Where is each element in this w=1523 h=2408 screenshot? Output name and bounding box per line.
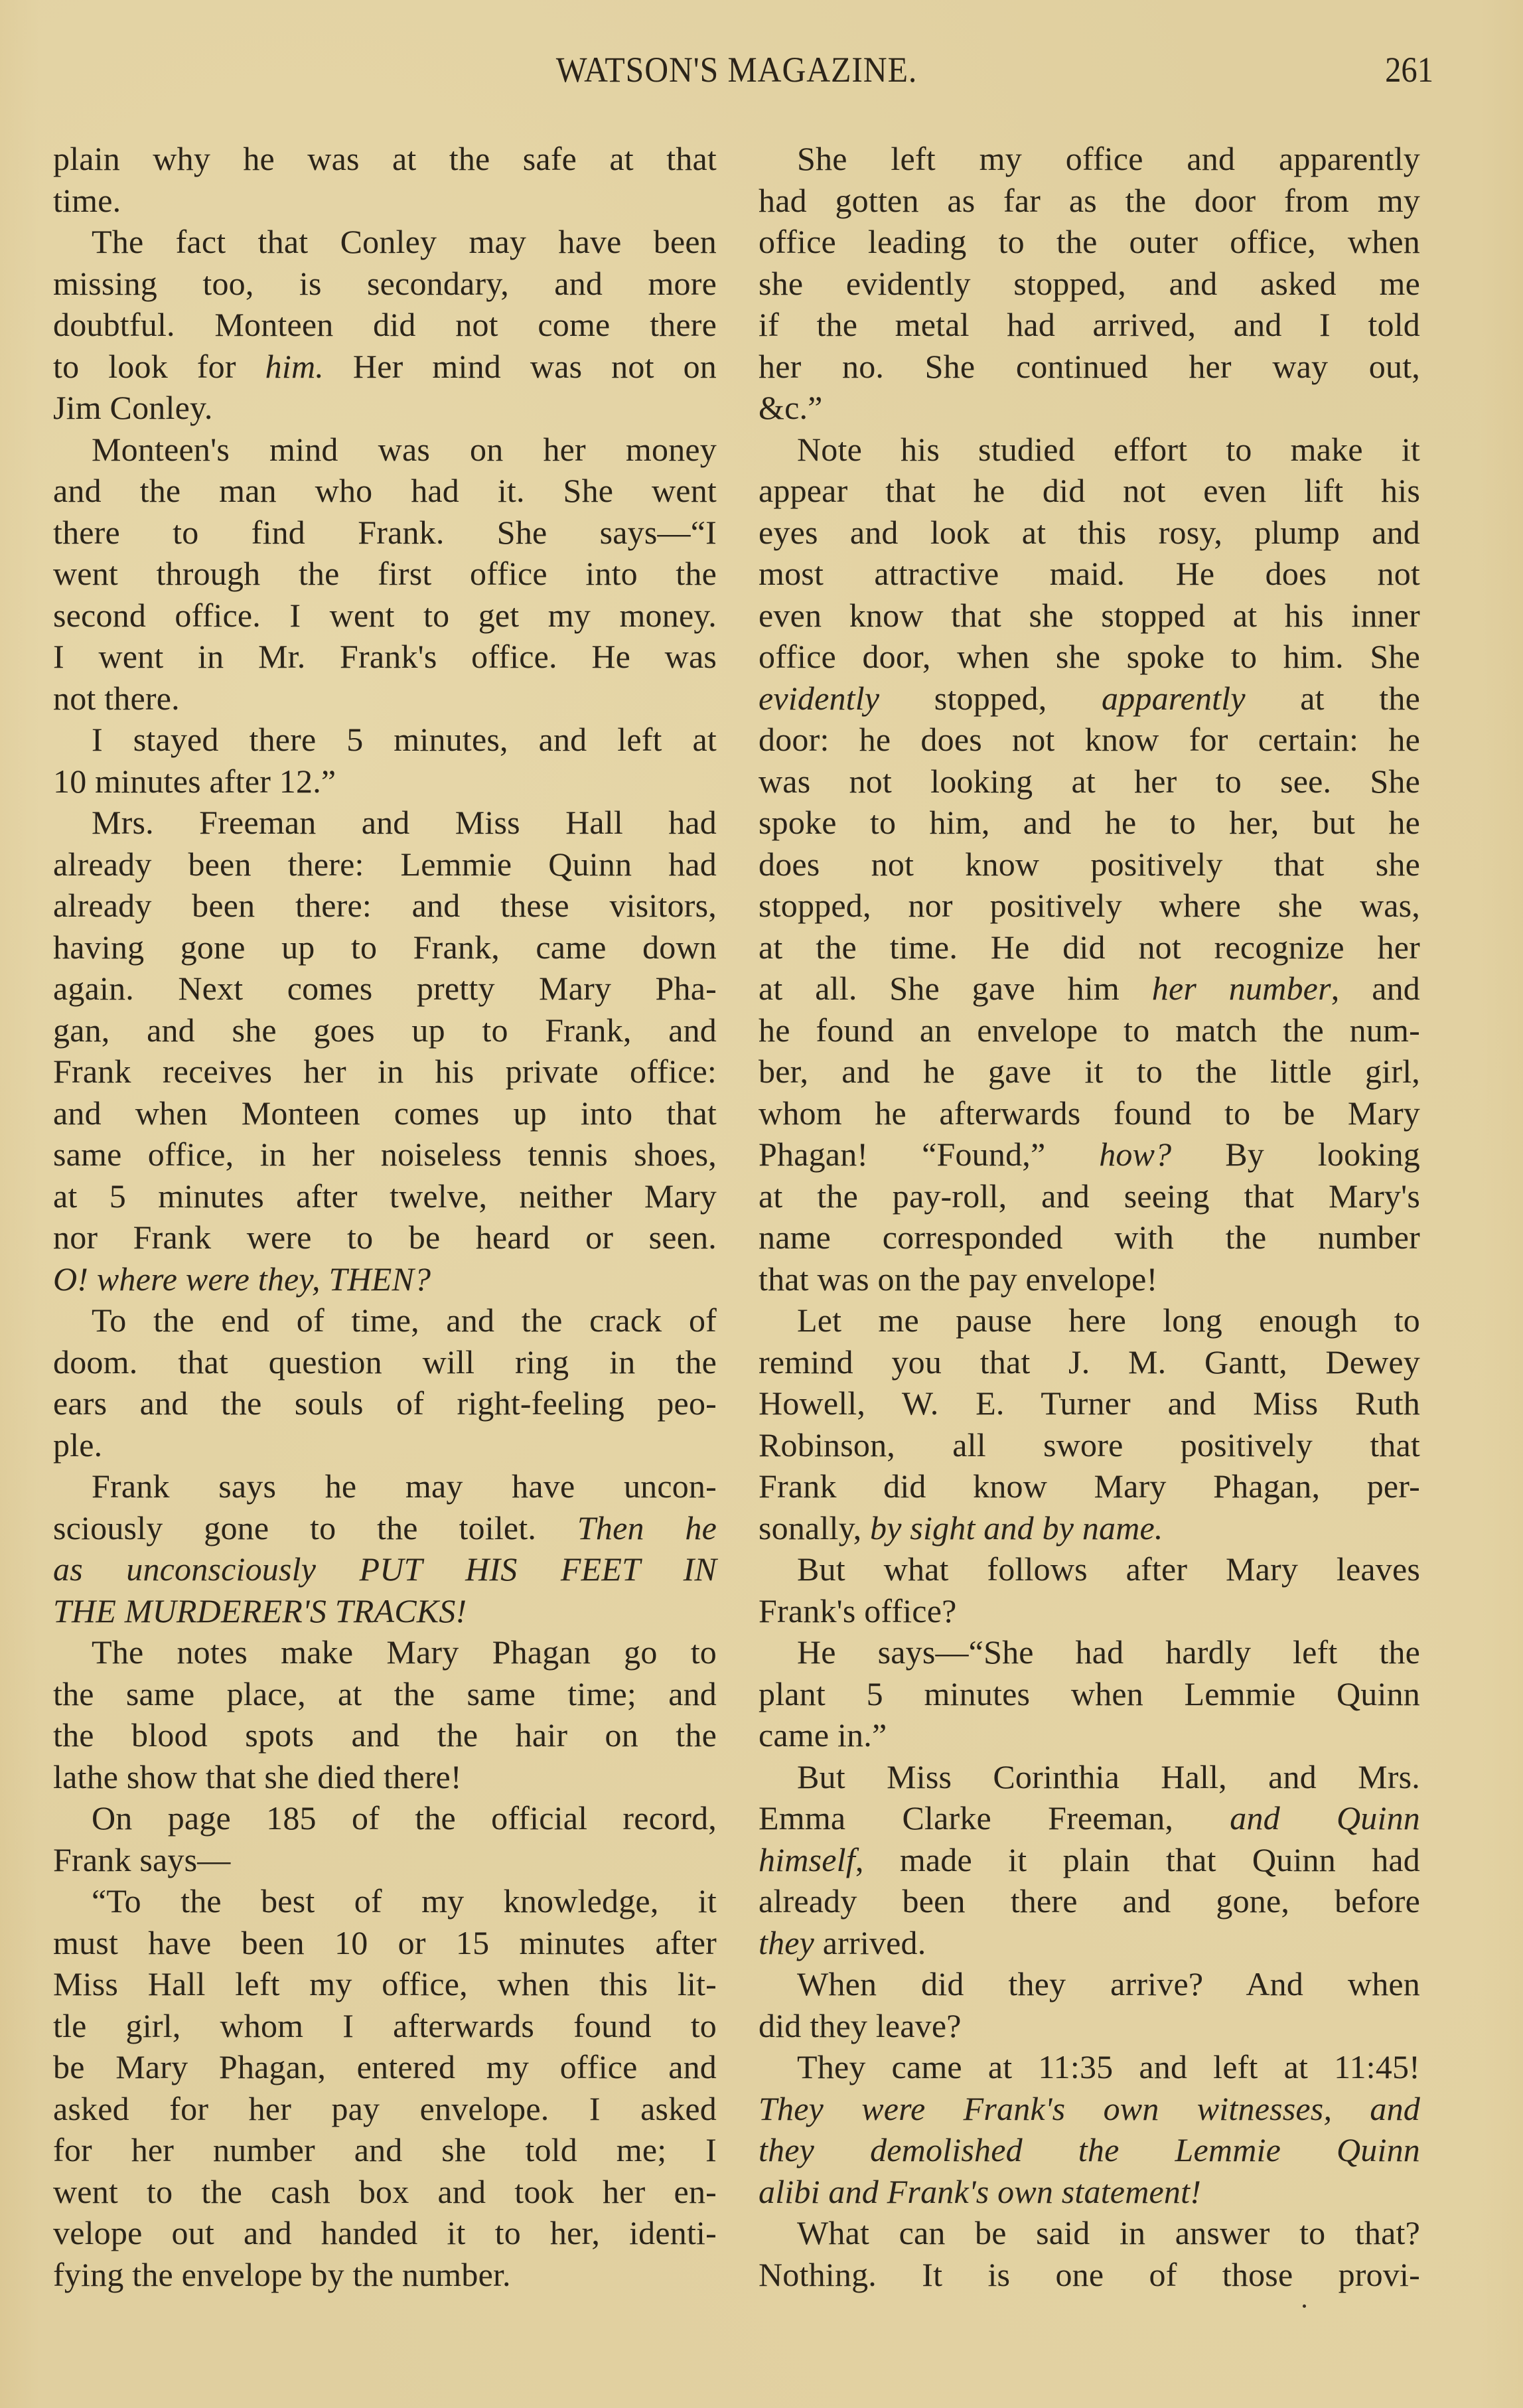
text-line: same office, in her noiseless tennis sho… <box>53 1134 717 1175</box>
italic-text: and Quinn <box>1230 1799 1420 1837</box>
text-line: 10 minutes after 12.” <box>53 761 717 802</box>
text-segment: stopped, <box>879 680 1102 717</box>
text-line: remind you that J. M. Gantt, Dewey <box>759 1341 1420 1383</box>
text-line: even know that she stopped at his inner <box>759 595 1420 637</box>
text-line: they demolished the Lemmie Quinn <box>759 2129 1420 2171</box>
text-line: he found an envelope to match the num- <box>759 1010 1420 1051</box>
text-line: at the time. He did not recognize her <box>759 927 1420 968</box>
italic-text: They were Frank's own witnesses, and <box>759 2090 1420 2127</box>
text-line: When did they arrive? And when <box>759 1963 1420 2005</box>
text-line: was not looking at her to see. She <box>759 761 1420 802</box>
print-speck <box>1303 2304 1306 2308</box>
text-line: They were Frank's own witnesses, and <box>759 2088 1420 2130</box>
text-line: The fact that Conley may have been <box>53 221 717 263</box>
text-line: stopped, nor positively where she was, <box>759 885 1420 927</box>
text-line: lathe show that she died there! <box>53 1756 717 1798</box>
text-line: second office. I went to get my money. <box>53 595 717 637</box>
text-line: had gotten as far as the door from my <box>759 180 1420 222</box>
text-line: doubtful. Monteen did not come there <box>53 304 717 346</box>
text-line: name corresponded with the number <box>759 1217 1420 1258</box>
text-line: ears and the souls of right-feeling peo- <box>53 1383 717 1424</box>
text-line: having gone up to Frank, came down <box>53 927 717 968</box>
italic-text: how? <box>1099 1136 1171 1173</box>
text-line: already been there: and these visitors, <box>53 885 717 927</box>
text-line: fying the envelope by the number. <box>53 2254 717 2296</box>
text-line: Frank says he may have uncon- <box>53 1466 717 1507</box>
text-line: Frank receives her in his private office… <box>53 1051 717 1092</box>
text-line: the blood spots and the hair on the <box>53 1714 717 1756</box>
text-line: Howell, W. E. Turner and Miss Ruth <box>759 1383 1420 1424</box>
text-segment: sciously gone to the toilet. <box>53 1509 577 1546</box>
text-line: that was on the pay envelope! <box>759 1258 1420 1300</box>
text-line: Let me pause here long enough to <box>759 1300 1420 1341</box>
text-line: They came at 11:35 and left at 11:45! <box>759 2046 1420 2088</box>
text-line: To the end of time, and the crack of <box>53 1300 717 1341</box>
text-line: tle girl, whom I afterwards found to <box>53 2005 717 2047</box>
text-line: velope out and handed it to her, identi- <box>53 2212 717 2254</box>
text-segment: By looking <box>1171 1136 1420 1173</box>
text-line: I stayed there 5 minutes, and left at <box>53 719 717 761</box>
text-line: Note his studied effort to make it <box>759 429 1420 471</box>
text-line: I went in Mr. Frank's office. He was <box>53 636 717 678</box>
text-segment: sonally, <box>759 1509 870 1546</box>
text-line: be Mary Phagan, entered my office and <box>53 2046 717 2088</box>
text-line: &c.” <box>759 387 1420 429</box>
text-line: O! where were they, THEN? <box>53 1258 717 1300</box>
text-line: “To the best of my knowledge, it <box>53 1880 717 1922</box>
italic-text: apparently <box>1102 680 1246 717</box>
italic-text: O! where were they, THEN? <box>53 1260 431 1298</box>
italic-text: they demolished the Lemmie Quinn <box>759 2131 1420 2168</box>
italic-text: evidently <box>759 680 879 717</box>
text-segment: at the <box>1246 680 1420 717</box>
text-line: What can be said in answer to that? <box>759 2212 1420 2254</box>
text-line: at the pay-roll, and seeing that Mary's <box>759 1175 1420 1217</box>
text-line: alibi and Frank's own statement! <box>759 2171 1420 2213</box>
text-line: the same place, at the same time; and <box>53 1673 717 1715</box>
running-header: WATSON'S MAGAZINE. 261 <box>0 46 1523 93</box>
text-line: plain why he was at the safe at that <box>53 138 717 180</box>
text-line: must have been 10 or 15 minutes after <box>53 1922 717 1964</box>
text-line: The notes make Mary Phagan go to <box>53 1631 717 1673</box>
text-line: door: he does not know for certain: he <box>759 719 1420 761</box>
text-line: again. Next comes pretty Mary Pha- <box>53 968 717 1010</box>
text-line: went through the first office into the <box>53 553 717 595</box>
text-line: Frank says— <box>53 1839 717 1881</box>
text-line: already been there and gone, before <box>759 1880 1420 1922</box>
text-line: But Miss Corinthia Hall, and Mrs. <box>759 1756 1420 1798</box>
text-line: But what follows after Mary leaves <box>759 1548 1420 1590</box>
text-line: she evidently stopped, and asked me <box>759 263 1420 305</box>
text-line: whom he afterwards found to be Mary <box>759 1092 1420 1134</box>
text-line: eyes and look at this rosy, plump and <box>759 512 1420 554</box>
text-line: time. <box>53 180 717 222</box>
text-line: nor Frank were to be heard or seen. <box>53 1217 717 1258</box>
text-segment: , made it plain that Quinn had <box>855 1841 1420 1878</box>
text-segment: to look for <box>53 348 265 385</box>
text-line: did they leave? <box>759 2005 1420 2047</box>
italic-text: Then he <box>577 1509 717 1546</box>
text-line: She left my office and apparently <box>759 138 1420 180</box>
text-line: already been there: Lemmie Quinn had <box>53 844 717 885</box>
italic-text: him. <box>265 348 324 385</box>
text-line: office door, when she spoke to him. She <box>759 636 1420 678</box>
text-line: ple. <box>53 1424 717 1466</box>
text-line: evidently stopped, apparently at the <box>759 678 1420 719</box>
text-line: to look for him. Her mind was not on <box>53 346 717 388</box>
text-line: appear that he did not even lift his <box>759 470 1420 512</box>
text-line: there to find Frank. She says—“I <box>53 512 717 554</box>
text-line: not there. <box>53 678 717 719</box>
italic-text: they <box>759 1924 814 1961</box>
text-line: does not know positively that she <box>759 844 1420 885</box>
text-line: Emma Clarke Freeman, and Quinn <box>759 1797 1420 1839</box>
text-line: doom. that question will ring in the <box>53 1341 717 1383</box>
text-segment: arrived. <box>814 1924 926 1961</box>
text-line: went to the cash box and took her en- <box>53 2171 717 2213</box>
magazine-title: WATSON'S MAGAZINE. <box>517 46 956 93</box>
text-line: office leading to the outer office, when <box>759 221 1420 263</box>
right-text-column: She left my office and apparentlyhad got… <box>759 138 1420 2295</box>
italic-text: her number <box>1152 970 1331 1007</box>
text-line: for her number and she told me; I <box>53 2129 717 2171</box>
text-line: at all. She gave him her number, and <box>759 968 1420 1010</box>
text-line: they arrived. <box>759 1922 1420 1964</box>
text-line: at 5 minutes after twelve, neither Mary <box>53 1175 717 1217</box>
text-line: Mrs. Freeman and Miss Hall had <box>53 802 717 844</box>
text-line: Monteen's mind was on her money <box>53 429 717 471</box>
text-line: if the metal had arrived, and I told <box>759 304 1420 346</box>
text-line: and when Monteen comes up into that <box>53 1092 717 1134</box>
text-line: Robinson, all swore positively that <box>759 1424 1420 1466</box>
text-segment: , and <box>1331 970 1420 1007</box>
text-line: sonally, by sight and by name. <box>759 1507 1420 1549</box>
text-line: came in.” <box>759 1714 1420 1756</box>
text-line: Jim Conley. <box>53 387 717 429</box>
text-line: as unconsciously PUT HIS FEET IN <box>53 1548 717 1590</box>
page-number: 261 <box>1362 46 1433 93</box>
text-line: spoke to him, and he to her, but he <box>759 802 1420 844</box>
text-line: Frank's office? <box>759 1590 1420 1632</box>
text-line: most attractive maid. He does not <box>759 553 1420 595</box>
text-line: himself, made it plain that Quinn had <box>759 1839 1420 1881</box>
text-line: plant 5 minutes when Lemmie Quinn <box>759 1673 1420 1715</box>
text-line: and the man who had it. She went <box>53 470 717 512</box>
left-text-column: plain why he was at the safe at thattime… <box>53 138 717 2295</box>
text-line: her no. She continued her way out, <box>759 346 1420 388</box>
text-segment: at all. She gave him <box>759 970 1152 1007</box>
italic-text: himself <box>759 1841 855 1878</box>
italic-text: THE MURDERER'S TRACKS! <box>53 1592 467 1629</box>
text-line: He says—“She had hardly left the <box>759 1631 1420 1673</box>
text-segment: Her mind was not on <box>324 348 717 385</box>
italic-text: as unconsciously PUT HIS FEET IN <box>53 1550 717 1588</box>
text-line: ber, and he gave it to the little girl, <box>759 1051 1420 1092</box>
text-line: gan, and she goes up to Frank, and <box>53 1010 717 1051</box>
text-line: sciously gone to the toilet. Then he <box>53 1507 717 1549</box>
text-line: missing too, is secondary, and more <box>53 263 717 305</box>
text-segment: Phagan! “Found,” <box>759 1136 1099 1173</box>
italic-text: alibi and Frank's own statement! <box>759 2173 1201 2210</box>
text-line: Frank did know Mary Phagan, per- <box>759 1466 1420 1507</box>
text-line: THE MURDERER'S TRACKS! <box>53 1590 717 1632</box>
text-segment: Emma Clarke Freeman, <box>759 1799 1230 1837</box>
text-line: On page 185 of the official record, <box>53 1797 717 1839</box>
text-line: Phagan! “Found,” how? By looking <box>759 1134 1420 1175</box>
text-line: asked for her pay envelope. I asked <box>53 2088 717 2130</box>
text-line: Miss Hall left my office, when this lit- <box>53 1963 717 2005</box>
text-line: Nothing. It is one of those provi- <box>759 2254 1420 2296</box>
italic-text: by sight and by name. <box>870 1509 1163 1546</box>
